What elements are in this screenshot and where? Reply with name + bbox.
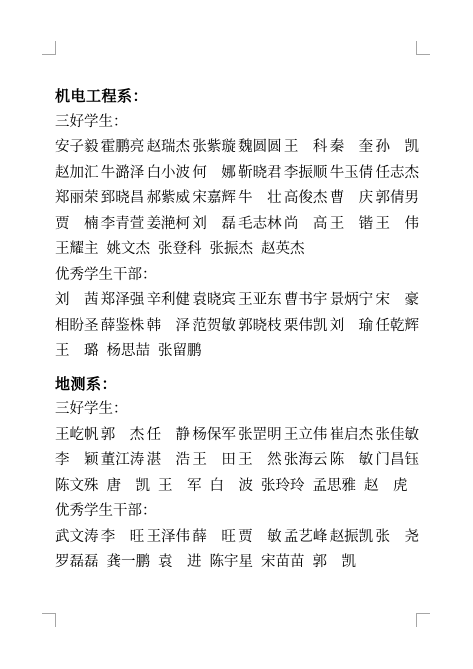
student-name: 王泽伟 bbox=[147, 525, 191, 551]
student-name: 孙 凯 bbox=[375, 135, 419, 161]
student-name: 李青萱 bbox=[101, 212, 145, 238]
student-name: 郭 杰 bbox=[101, 423, 145, 449]
student-name: 张振杰 bbox=[210, 237, 254, 263]
student-name: 赵振凯 bbox=[330, 525, 374, 551]
student-name: 张海云 bbox=[284, 448, 328, 474]
student-name: 毛志林 bbox=[238, 212, 282, 238]
student-name: 王 然 bbox=[238, 448, 282, 474]
student-name: 郭 凯 bbox=[313, 550, 357, 576]
student-name: 袁晓宾 bbox=[192, 288, 236, 314]
student-name: 霍鹏亮 bbox=[101, 135, 145, 161]
department-section: 机电工程系：三好学生：安子毅霍鹏亮赵瑞杰张紫璇魏圆圆王 科秦 奎孙 凯赵加汇牛潞… bbox=[55, 84, 419, 365]
student-name: 崔启杰 bbox=[330, 423, 374, 449]
student-name: 宋苗苗 bbox=[261, 550, 305, 576]
group-label: 三好学生： bbox=[55, 110, 419, 136]
name-row: 武文涛李 旺王泽伟薛 旺贾 敏孟艺峰赵振凯张 尧 bbox=[55, 525, 419, 551]
name-row: 刘 茜郑泽强辛利健袁晓宾王亚东曹书宇景炳宁宋 豪 bbox=[55, 288, 419, 314]
name-row: 郑丽荣郅晓昌郝紫威宋嘉辉牛 壮高俊杰曹 庆郭倩男 bbox=[55, 186, 419, 212]
document-page: 机电工程系：三好学生：安子毅霍鹏亮赵瑞杰张紫璇魏圆圆王 科秦 奎孙 凯赵加汇牛潞… bbox=[0, 0, 473, 669]
student-name: 曹书宇 bbox=[284, 288, 328, 314]
student-name: 王 科 bbox=[284, 135, 328, 161]
student-name: 栗伟凯 bbox=[284, 314, 328, 340]
student-name: 杨思喆 bbox=[107, 339, 151, 365]
student-name: 王 璐 bbox=[55, 339, 99, 365]
student-name: 赵加汇 bbox=[55, 161, 99, 187]
student-name: 何 娜 bbox=[192, 161, 236, 187]
name-row: 罗磊磊龚一鹏袁 进陈宇星宋苗苗郭 凯 bbox=[55, 550, 419, 576]
student-name: 薛 旺 bbox=[192, 525, 236, 551]
student-name: 孟艺峰 bbox=[284, 525, 328, 551]
student-name: 王 伟 bbox=[375, 212, 419, 238]
student-name: 张留鹏 bbox=[158, 339, 202, 365]
student-name: 牛 壮 bbox=[238, 186, 282, 212]
name-row: 安子毅霍鹏亮赵瑞杰张紫璇魏圆圆王 科秦 奎孙 凯 bbox=[55, 135, 419, 161]
crop-mark-bottom-right bbox=[416, 613, 430, 627]
student-name: 尚 高 bbox=[284, 212, 328, 238]
student-name: 张佳敏 bbox=[375, 423, 419, 449]
student-name: 孟思雅 bbox=[313, 474, 357, 500]
student-name: 刘 瑜 bbox=[330, 314, 374, 340]
section-title: 机电工程系： bbox=[55, 84, 419, 110]
crop-mark-top-left bbox=[42, 41, 56, 55]
student-name: 郑泽强 bbox=[101, 288, 145, 314]
student-name: 郝紫威 bbox=[147, 186, 191, 212]
student-name: 李 旺 bbox=[101, 525, 145, 551]
student-name: 牛玉倩 bbox=[330, 161, 374, 187]
student-name: 张 尧 bbox=[375, 525, 419, 551]
name-row: 王屹帆郭 杰任 静杨保军张罡明王立伟崔启杰张佳敏 bbox=[55, 423, 419, 449]
student-name: 相盼圣 bbox=[55, 314, 99, 340]
student-name: 魏圆圆 bbox=[238, 135, 282, 161]
name-row: 陈文殊唐 凯王 军白 波张玲玲孟思雅赵 虎 bbox=[55, 474, 419, 500]
student-name: 贾 敏 bbox=[238, 525, 282, 551]
student-name: 白小波 bbox=[147, 161, 191, 187]
student-name: 白 波 bbox=[210, 474, 254, 500]
student-name: 高俊杰 bbox=[284, 186, 328, 212]
student-name: 陈文殊 bbox=[55, 474, 99, 500]
document-content: 机电工程系：三好学生：安子毅霍鹏亮赵瑞杰张紫璇魏圆圆王 科秦 奎孙 凯赵加汇牛潞… bbox=[55, 84, 419, 576]
student-name: 王 军 bbox=[158, 474, 202, 500]
student-name: 赵英杰 bbox=[261, 237, 305, 263]
student-name: 姜滟柯 bbox=[147, 212, 191, 238]
student-name: 任 静 bbox=[147, 423, 191, 449]
student-name: 郅晓昌 bbox=[101, 186, 145, 212]
name-row: 相盼圣薛鉴株韩 泽范贺敏郭晓枝栗伟凯刘 瑜任乾辉 bbox=[55, 314, 419, 340]
student-name: 王亚东 bbox=[238, 288, 282, 314]
group-label: 三好学生： bbox=[55, 397, 419, 423]
student-name: 曹 庆 bbox=[330, 186, 374, 212]
group-label: 优秀学生干部： bbox=[55, 263, 419, 289]
name-row: 王 璐杨思喆张留鹏 bbox=[55, 339, 419, 365]
name-row: 王耀主姚文杰张登科张振杰赵英杰 bbox=[55, 237, 419, 263]
student-name: 贾 楠 bbox=[55, 212, 99, 238]
crop-mark-bottom-left bbox=[42, 613, 56, 627]
student-name: 安子毅 bbox=[55, 135, 99, 161]
group-label: 优秀学生干部： bbox=[55, 499, 419, 525]
student-name: 薛鉴株 bbox=[101, 314, 145, 340]
student-name: 韩 泽 bbox=[147, 314, 191, 340]
student-name: 郭晓枝 bbox=[238, 314, 282, 340]
student-name: 刘 磊 bbox=[192, 212, 236, 238]
student-name: 郭倩男 bbox=[375, 186, 419, 212]
student-name: 唐 凯 bbox=[107, 474, 151, 500]
section-title: 地测系： bbox=[55, 372, 419, 398]
student-name: 门昌钰 bbox=[375, 448, 419, 474]
student-name: 陈宇星 bbox=[210, 550, 254, 576]
student-name: 王 田 bbox=[192, 448, 236, 474]
student-name: 董江涛 bbox=[101, 448, 145, 474]
student-name: 袁 进 bbox=[158, 550, 202, 576]
department-section: 地测系：三好学生：王屹帆郭 杰任 静杨保军张罡明王立伟崔启杰张佳敏李 颖董江涛湛… bbox=[55, 372, 419, 576]
student-name: 杨保军 bbox=[192, 423, 236, 449]
student-name: 景炳宁 bbox=[330, 288, 374, 314]
student-name: 赵瑞杰 bbox=[147, 135, 191, 161]
student-name: 赵 虎 bbox=[364, 474, 408, 500]
name-row: 李 颖董江涛湛 浩王 田王 然张海云陈 敏门昌钰 bbox=[55, 448, 419, 474]
name-row: 贾 楠李青萱姜滟柯刘 磊毛志林尚 高王 锴王 伟 bbox=[55, 212, 419, 238]
student-name: 王屹帆 bbox=[55, 423, 99, 449]
student-name: 陈 敏 bbox=[330, 448, 374, 474]
student-name: 王耀主 bbox=[55, 237, 99, 263]
student-name: 李振顺 bbox=[284, 161, 328, 187]
student-name: 张玲玲 bbox=[261, 474, 305, 500]
student-name: 秦 奎 bbox=[330, 135, 374, 161]
student-name: 王立伟 bbox=[284, 423, 328, 449]
student-name: 刘 茜 bbox=[55, 288, 99, 314]
student-name: 湛 浩 bbox=[147, 448, 191, 474]
student-name: 龚一鹏 bbox=[107, 550, 151, 576]
student-name: 宋 豪 bbox=[375, 288, 419, 314]
student-name: 牛潞泽 bbox=[101, 161, 145, 187]
student-name: 任乾辉 bbox=[375, 314, 419, 340]
student-name: 姚文杰 bbox=[107, 237, 151, 263]
student-name: 郑丽荣 bbox=[55, 186, 99, 212]
student-name: 王 锴 bbox=[330, 212, 374, 238]
student-name: 张登科 bbox=[158, 237, 202, 263]
student-name: 任志杰 bbox=[375, 161, 419, 187]
crop-mark-top-right bbox=[416, 41, 430, 55]
student-name: 张紫璇 bbox=[192, 135, 236, 161]
student-name: 辛利健 bbox=[147, 288, 191, 314]
student-name: 罗磊磊 bbox=[55, 550, 99, 576]
student-name: 靳晓君 bbox=[238, 161, 282, 187]
student-name: 李 颖 bbox=[55, 448, 99, 474]
student-name: 宋嘉辉 bbox=[192, 186, 236, 212]
student-name: 范贺敏 bbox=[192, 314, 236, 340]
student-name: 张罡明 bbox=[238, 423, 282, 449]
student-name: 武文涛 bbox=[55, 525, 99, 551]
name-row: 赵加汇牛潞泽白小波何 娜靳晓君李振顺牛玉倩任志杰 bbox=[55, 161, 419, 187]
